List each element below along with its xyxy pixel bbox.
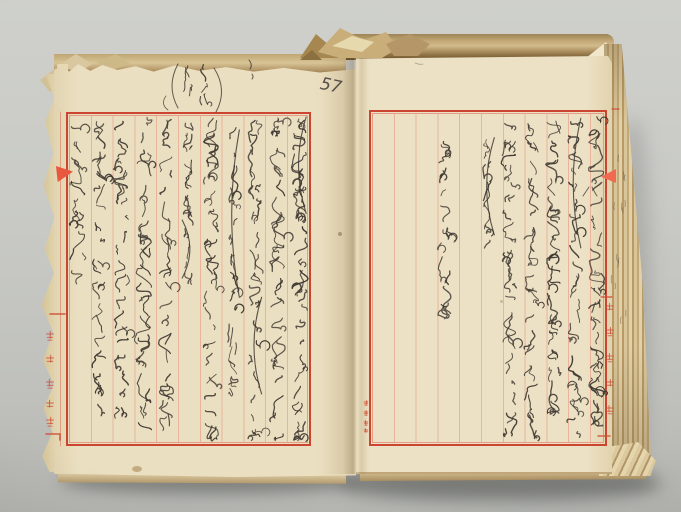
right-page [356,56,612,474]
page-number-annotation: 57 [318,74,343,98]
left-ruled-frame [66,112,311,446]
photograph-scene: （六十七条）組合令違反ノ…組合ハ定款ニ違反シ…或ハ組合員ヲ…命令（66、11条）… [0,0,681,512]
left-page [54,60,356,477]
left-column-rules [69,115,308,443]
right-ruled-frame [369,110,607,446]
paper-stain [132,466,142,472]
right-column-rules [372,113,604,443]
paper-speck [338,232,342,236]
paper-speck [500,300,503,303]
crumple-fragment [386,34,430,56]
